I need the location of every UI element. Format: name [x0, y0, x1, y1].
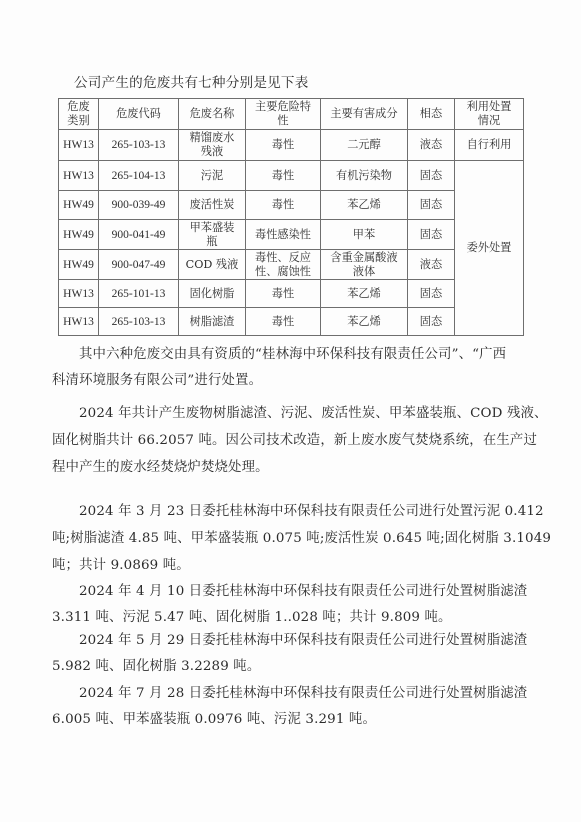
cell-code: 900-039-49	[99, 191, 179, 220]
cell-name: 固化树脂	[179, 280, 246, 308]
cell-category: HW13	[59, 308, 99, 336]
cell-phase: 固态	[408, 280, 455, 308]
header-component: 主要有害成分	[321, 99, 408, 130]
cell-phase: 固态	[408, 308, 455, 336]
cell-code: 265-103-13	[99, 308, 179, 336]
header-phase: 相态	[408, 99, 455, 130]
paragraph-line: 2024 年 7 月 28 日委托桂林海中环保科技有限责任公司进行处置树脂滤渣	[52, 681, 530, 707]
paragraph-line: 其中六种危废交由具有资质的“桂林海中环保科技有限责任公司”、“广西	[52, 342, 530, 368]
cell-code: 265-101-13	[99, 280, 179, 308]
table-row: HW49 900-047-49 COD 残液 毒性、反应性、腐蚀性 含重金属酸液…	[59, 250, 524, 280]
cell-category: HW13	[59, 161, 99, 191]
cell-name: 污泥	[179, 161, 246, 191]
paragraph-march-disposal: 2024 年 3 月 23 日委托桂林海中环保科技有限责任公司进行处置污泥 0.…	[52, 498, 530, 579]
table-row: HW13 265-103-13 精馏废水残液 毒性 二元醇 液态 自行利用	[59, 130, 524, 161]
paragraph-line: 5.982 吨、固化树脂 3.2289 吨。	[52, 654, 530, 680]
cell-name: 甲苯盛装瓶	[179, 220, 246, 250]
paragraph-annual-total: 2024 年共计产生废物树脂滤渣、污泥、废活性炭、甲苯盛装瓶、COD 残液、 固…	[52, 400, 530, 481]
cell-component: 苯乙烯	[321, 191, 408, 220]
paragraph-may-disposal: 2024 年 5 月 29 日委托桂林海中环保科技有限责任公司进行处置树脂滤渣 …	[52, 628, 530, 680]
cell-component: 苯乙烯	[321, 280, 408, 308]
table-row: HW13 265-101-13 固化树脂 毒性 苯乙烯 固态	[59, 280, 524, 308]
cell-phase: 固态	[408, 220, 455, 250]
cell-hazard: 毒性感染性	[246, 220, 321, 250]
cell-hazard: 毒性	[246, 161, 321, 191]
table-row: HW13 265-103-13 树脂滤渣 毒性 苯乙烯 固态	[59, 308, 524, 336]
cell-category: HW49	[59, 191, 99, 220]
cell-name: 精馏废水残液	[179, 130, 246, 161]
header-disposal: 利用处置情况	[455, 99, 524, 130]
cell-code: 265-103-13	[99, 130, 179, 161]
header-hazard: 主要危险特性	[246, 99, 321, 130]
header-name: 危废名称	[179, 99, 246, 130]
header-code: 危废代码	[99, 99, 179, 130]
cell-category: HW49	[59, 220, 99, 250]
paragraph-line: 吨;树脂滤渣 4.85 吨、甲苯盛装瓶 0.075 吨;废活性炭 0.645 吨…	[52, 525, 530, 552]
cell-hazard: 毒性	[246, 280, 321, 308]
cell-component: 有机污染物	[321, 161, 408, 191]
cell-category: HW13	[59, 280, 99, 308]
paragraph-line: 科清环境服务有限公司”进行处置。	[52, 368, 530, 394]
cell-component: 含重金属酸液液体	[321, 250, 408, 280]
cell-disposal: 自行利用	[455, 130, 524, 161]
cell-phase: 固态	[408, 191, 455, 220]
table-row: HW13 265-104-13 污泥 毒性 有机污染物 固态 委外处置	[59, 161, 524, 191]
paragraph-line: 2024 年 4 月 10 日委托桂林海中环保科技有限责任公司进行处置树脂滤渣	[52, 579, 530, 605]
cell-name: 废活性炭	[179, 191, 246, 220]
cell-phase: 液态	[408, 250, 455, 280]
cell-disposal-merged: 委外处置	[455, 161, 524, 336]
cell-phase: 固态	[408, 161, 455, 191]
cell-code: 900-047-49	[99, 250, 179, 280]
table-caption: 公司产生的危废共有七种分别是见下表	[74, 74, 309, 92]
paragraph-line: 2024 年共计产生废物树脂滤渣、污泥、废活性炭、甲苯盛装瓶、COD 残液、	[52, 400, 530, 427]
cell-category: HW13	[59, 130, 99, 161]
cell-component: 苯乙烯	[321, 308, 408, 336]
paragraph-line: 固化树脂共计 66.2057 吨。因公司技术改造，新上废水废气焚烧系统，在生产过	[52, 427, 530, 454]
table-row: HW49 900-039-49 废活性炭 毒性 苯乙烯 固态	[59, 191, 524, 220]
paragraph-july-disposal: 2024 年 7 月 28 日委托桂林海中环保科技有限责任公司进行处置树脂滤渣 …	[52, 681, 530, 733]
header-category: 危废类别	[59, 99, 99, 130]
paragraph-april-disposal: 2024 年 4 月 10 日委托桂林海中环保科技有限责任公司进行处置树脂滤渣 …	[52, 579, 530, 631]
cell-code: 900-041-49	[99, 220, 179, 250]
paragraph-line: 吨；共计 9.0869 吨。	[52, 552, 530, 579]
document-page: 公司产生的危废共有七种分别是见下表 危废类别 危废代码 危废名称 主要危险特性 …	[0, 0, 581, 822]
cell-hazard: 毒性	[246, 191, 321, 220]
cell-phase: 液态	[408, 130, 455, 161]
cell-code: 265-104-13	[99, 161, 179, 191]
paragraph-disposal-companies: 其中六种危废交由具有资质的“桂林海中环保科技有限责任公司”、“广西 科清环境服务…	[52, 342, 530, 394]
paragraph-line: 2024 年 5 月 29 日委托桂林海中环保科技有限责任公司进行处置树脂滤渣	[52, 628, 530, 654]
cell-hazard: 毒性	[246, 308, 321, 336]
cell-name: COD 残液	[179, 250, 246, 280]
paragraph-line: 程中产生的废水经焚烧炉焚烧处理。	[52, 454, 530, 481]
table-header-row: 危废类别 危废代码 危废名称 主要危险特性 主要有害成分 相态 利用处置情况	[59, 99, 524, 130]
cell-category: HW49	[59, 250, 99, 280]
paragraph-line: 2024 年 3 月 23 日委托桂林海中环保科技有限责任公司进行处置污泥 0.…	[52, 498, 530, 525]
cell-component: 甲苯	[321, 220, 408, 250]
hazardous-waste-table: 危废类别 危废代码 危废名称 主要危险特性 主要有害成分 相态 利用处置情况 H…	[58, 98, 524, 336]
paragraph-line: 6.005 吨、甲苯盛装瓶 0.0976 吨、污泥 3.291 吨。	[52, 707, 530, 733]
cell-hazard: 毒性	[246, 130, 321, 161]
cell-name: 树脂滤渣	[179, 308, 246, 336]
cell-hazard: 毒性、反应性、腐蚀性	[246, 250, 321, 280]
table-row: HW49 900-041-49 甲苯盛装瓶 毒性感染性 甲苯 固态	[59, 220, 524, 250]
cell-component: 二元醇	[321, 130, 408, 161]
